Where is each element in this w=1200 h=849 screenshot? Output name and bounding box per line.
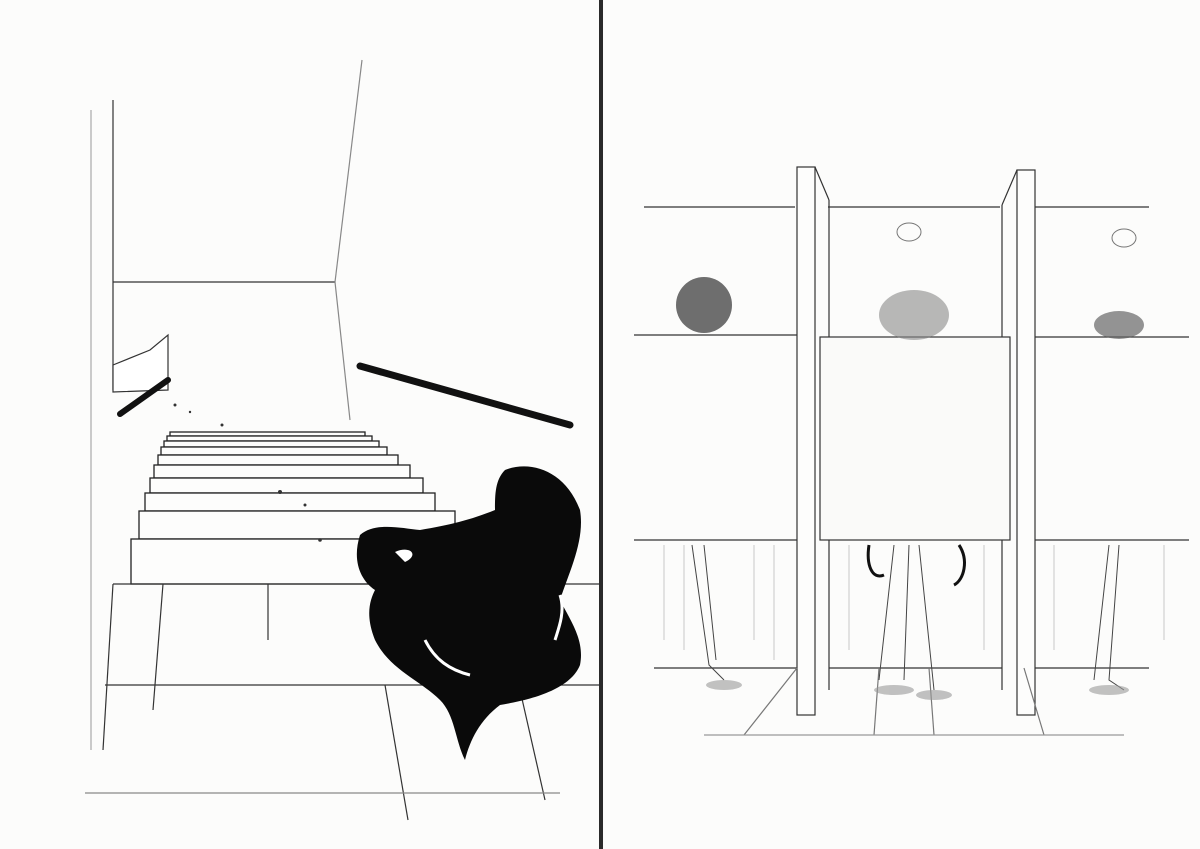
left-page	[0, 0, 600, 849]
showers-illustration	[604, 0, 1200, 849]
right-page	[604, 0, 1200, 849]
stairs-illustration	[0, 0, 600, 849]
manga-spread	[0, 0, 1200, 849]
page-gutter	[599, 0, 603, 849]
